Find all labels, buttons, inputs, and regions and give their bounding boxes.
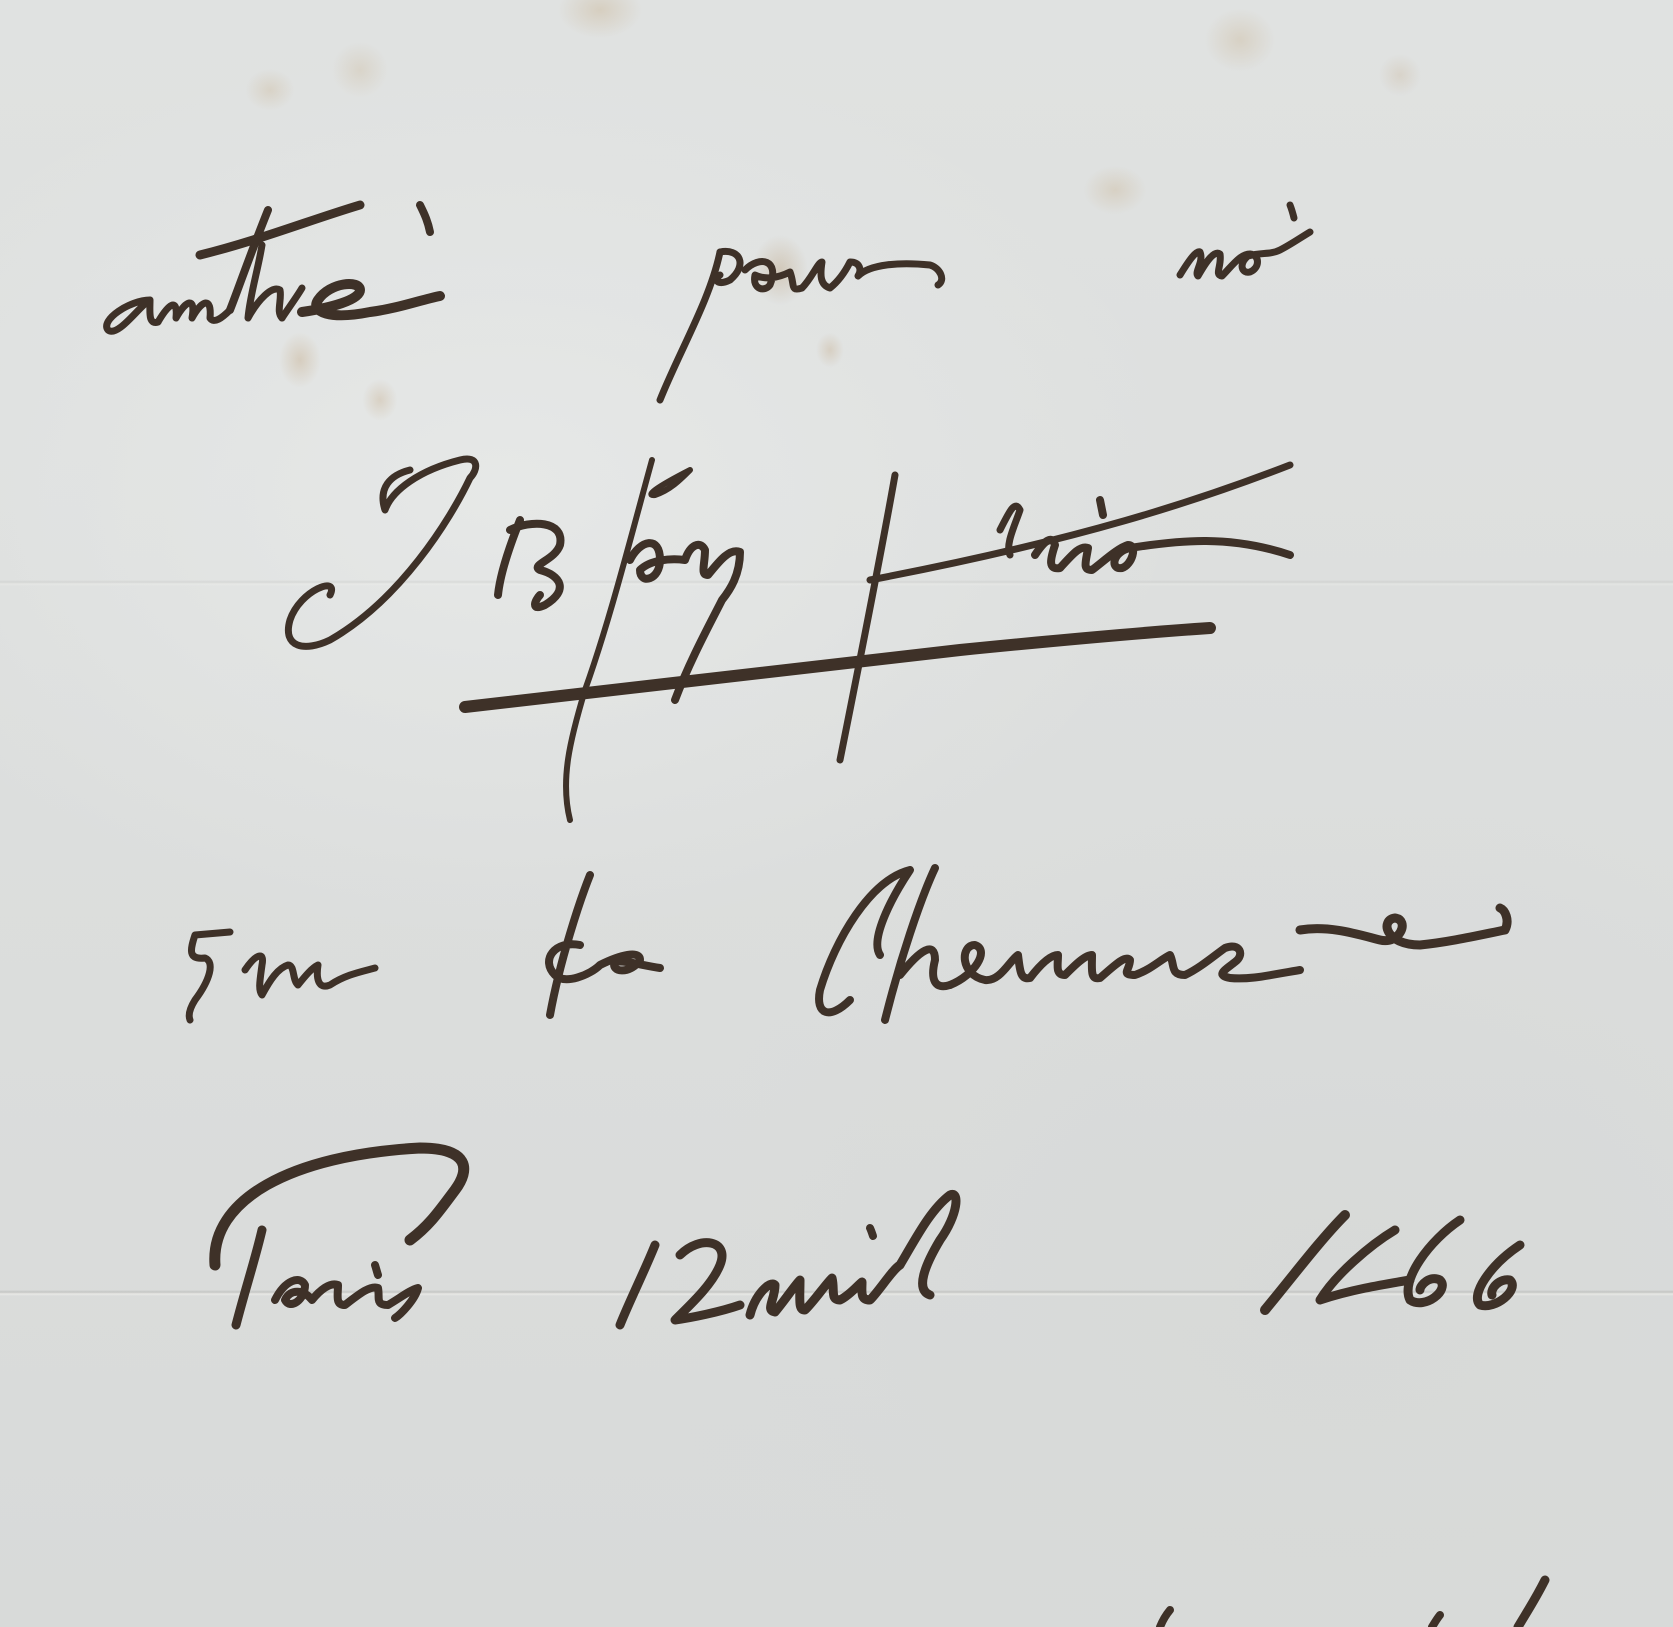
address-line xyxy=(189,868,1507,1020)
word-pour xyxy=(660,251,942,400)
line-closing xyxy=(107,205,440,331)
handwriting-ink xyxy=(0,0,1673,1627)
signature xyxy=(288,459,1290,820)
word-moi xyxy=(1180,205,1310,276)
trailing-fragment xyxy=(1160,1580,1545,1627)
place-date-line xyxy=(215,1148,1520,1325)
letter-page: amitié pour moi J B Jongkind 5 rue de Ch… xyxy=(0,0,1673,1627)
